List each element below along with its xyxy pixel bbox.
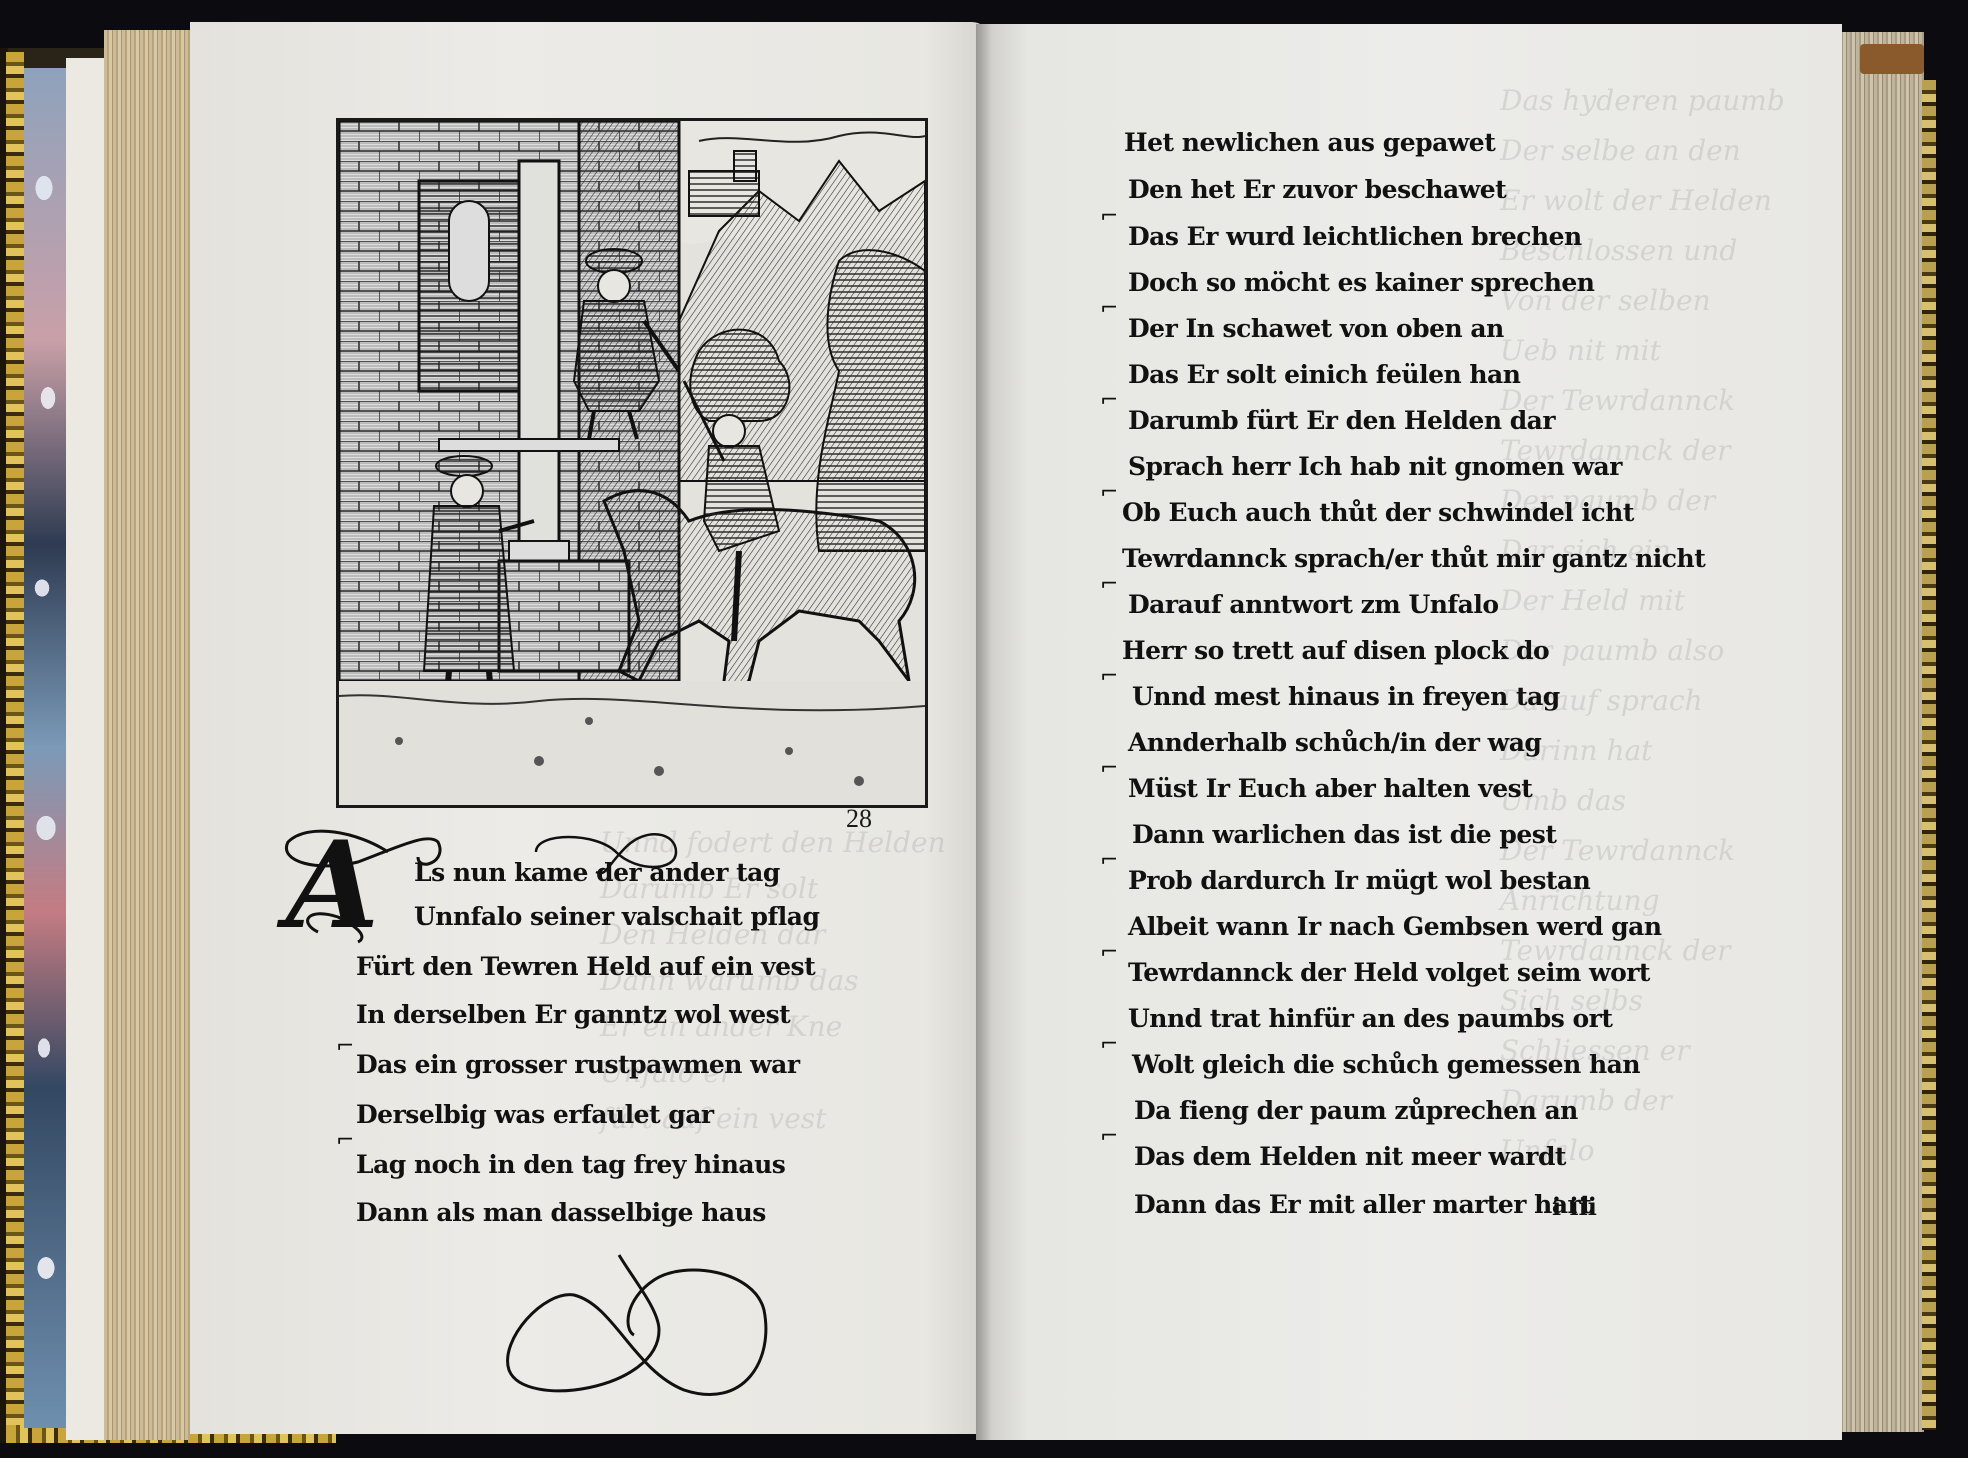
verse-line: Das ein grosser rustpawmen war xyxy=(356,1050,800,1079)
page-number: 28 xyxy=(846,804,872,834)
verse-line: Sprach herr Ich hab nit gnomen war xyxy=(1128,452,1622,481)
verse-line: Dann als man dasselbige haus xyxy=(356,1198,766,1227)
paragraph-mark-icon: ⌐ xyxy=(1100,1032,1118,1057)
verse-line: Da fieng der paum zůprechen an xyxy=(1134,1096,1578,1125)
verse-line: Darauf anntwort zm Unfalo xyxy=(1128,590,1499,619)
verse-line: Das Er wurd leichtlichen brechen xyxy=(1128,222,1582,251)
paragraph-mark-icon: ⌐ xyxy=(1100,848,1118,873)
verse-line: Doch so möcht es kainer sprechen xyxy=(1128,268,1594,297)
verse-line: Herr so trett auf disen plock do xyxy=(1122,636,1549,665)
gilt-border-right xyxy=(1922,80,1936,1430)
verse-line: Fürt den Tewren Held auf ein vest xyxy=(356,952,815,981)
paragraph-mark-icon: ⌐ xyxy=(1100,204,1118,229)
verse-line: Albeit wann Ir nach Gembsen werd gan xyxy=(1128,912,1662,941)
paragraph-mark-icon: ⌐ xyxy=(1100,480,1118,505)
fore-edge-right xyxy=(1838,32,1924,1432)
verse-line: Annderhalb schůch/in der wag xyxy=(1128,728,1541,757)
paragraph-mark-icon: ⌐ xyxy=(1100,296,1118,321)
verse-line: Tewrdannck sprach/er thůt mir gantz nich… xyxy=(1122,544,1705,573)
gilt-border-left xyxy=(6,52,24,1440)
verse-line: Het newlichen aus gepawet xyxy=(1124,128,1495,157)
verse-line: Ls nun kame der ander tag xyxy=(414,858,780,887)
verse-line: Lag noch in den tag frey hinaus xyxy=(356,1150,785,1179)
verse-line: Unnd mest hinaus in freyen tag xyxy=(1132,682,1560,711)
verse-line: Ob Euch auch thůt der schwindel icht xyxy=(1122,498,1634,527)
paragraph-mark-icon: ⌐ xyxy=(1100,756,1118,781)
verse-line: Tewrdannck der Held volget seim wort xyxy=(1128,958,1650,987)
verse-line: Derselbig was erfaulet gar xyxy=(356,1100,714,1129)
headband xyxy=(1860,44,1924,74)
paragraph-mark-icon: ⌐ xyxy=(1100,388,1118,413)
verse-line: In derselben Er ganntz wol west xyxy=(356,1000,790,1029)
decorated-initial: A xyxy=(286,826,379,946)
paragraph-mark-icon: ⌐ xyxy=(336,1128,354,1153)
verse-line: Den het Er zuvor beschawet xyxy=(1128,175,1506,204)
verse-line: Dann warlichen das ist die pest xyxy=(1132,820,1556,849)
verse-line: Prob dardurch Ir mügt wol bestan xyxy=(1128,866,1590,895)
flyleaf xyxy=(66,58,108,1440)
paragraph-mark-icon: ⌐ xyxy=(1100,940,1118,965)
verse-line: Dann das Er mit aller marter hart xyxy=(1134,1190,1591,1219)
verse-line: Das dem Helden nit meer wardt xyxy=(1134,1142,1566,1171)
paragraph-mark-icon: ⌐ xyxy=(1100,664,1118,689)
paragraph-mark-icon: ⌐ xyxy=(336,1034,354,1059)
verse-line: Das Er solt einich feülen han xyxy=(1128,360,1520,389)
woodcut-scene-icon xyxy=(339,121,925,805)
verse-line: Unnfalo seiner valschait pflag xyxy=(414,902,819,931)
signature-mark: i iii xyxy=(1552,1192,1597,1221)
fore-edge-left xyxy=(104,30,190,1440)
verse-line: Unnd trat hinfür an des paumbs ort xyxy=(1128,1004,1612,1033)
paragraph-mark-icon: ⌐ xyxy=(1100,572,1118,597)
verse-line: Müst Ir Euch aber halten vest xyxy=(1128,774,1532,803)
woodcut-illustration xyxy=(336,118,928,808)
verse-line: Wolt gleich die schůch gemessen han xyxy=(1132,1050,1640,1079)
marbled-endpaper xyxy=(24,68,68,1428)
verse-line: Der In schawet von oben an xyxy=(1128,314,1504,343)
gutter-shadow xyxy=(976,24,992,1440)
paragraph-mark-icon: ⌐ xyxy=(1100,1124,1118,1149)
verse-line: Darumb fürt Er den Helden dar xyxy=(1128,406,1555,435)
